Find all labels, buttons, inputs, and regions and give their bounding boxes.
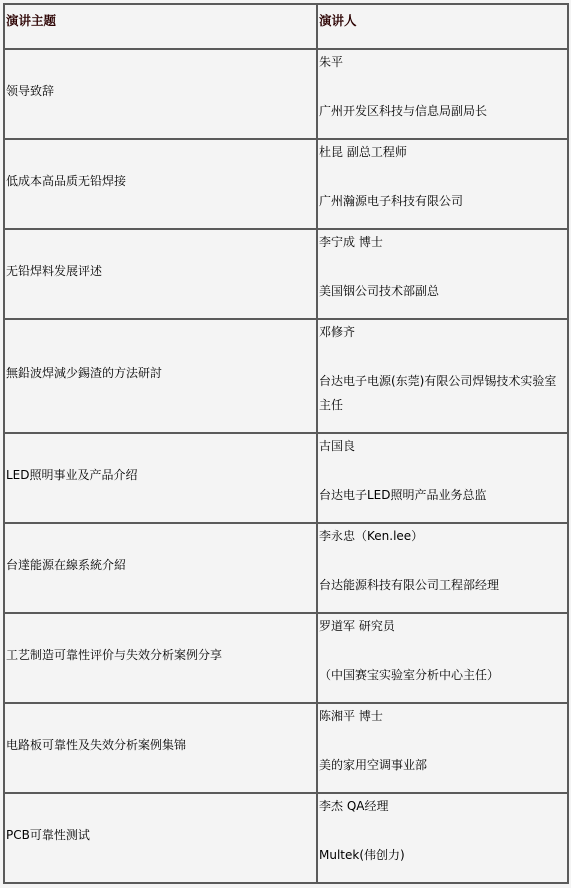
speaker-cell: 李永忠（Ken.lee）台达能源科技有限公司工程部经理 bbox=[317, 523, 568, 613]
speaker-org: 美国铟公司技术部副总 bbox=[319, 279, 566, 303]
topic-cell: 工艺制造可靠性评价与失效分析案例分享 bbox=[4, 613, 317, 703]
topic-text: 工艺制造可靠性评价与失效分析案例分享 bbox=[6, 646, 315, 663]
speaker-cell: 朱平广州开发区科技与信息局副局长 bbox=[317, 49, 568, 139]
topic-cell: 台達能源在線系統介紹 bbox=[4, 523, 317, 613]
topic-text: LED照明事业及产品介绍 bbox=[6, 466, 315, 483]
topic-text: 无铅焊料发展评述 bbox=[6, 262, 315, 279]
speaker-cell: 杜昆 副总工程师广州瀚源电子科技有限公司 bbox=[317, 139, 568, 229]
topic-cell: LED照明事业及产品介绍 bbox=[4, 433, 317, 523]
speaker-org: 广州开发区科技与信息局副局长 bbox=[319, 99, 566, 123]
speaker-org: （中国赛宝实验室分析中心主任） bbox=[319, 663, 566, 687]
agenda-table: 演讲主题 演讲人 领导致辞 朱平广州开发区科技与信息局副局长 低成本高品质无铅焊… bbox=[3, 3, 569, 884]
topic-text: PCB可靠性测试 bbox=[6, 826, 315, 843]
topic-text: 無鉛波焊減少錫渣的方法研討 bbox=[6, 364, 315, 381]
speaker-name: 李永忠（Ken.lee） bbox=[319, 529, 566, 543]
table-header-row: 演讲主题 演讲人 bbox=[4, 4, 568, 49]
topic-text: 低成本高品质无铅焊接 bbox=[6, 172, 315, 189]
table-row: LED照明事业及产品介绍 古国良台达电子LED照明产品业务总监 bbox=[4, 433, 568, 523]
topic-cell: PCB可靠性测试 bbox=[4, 793, 317, 883]
speaker-name: 李杰 QA经理 bbox=[319, 799, 566, 813]
speaker-org: 台达电子电源(东莞)有限公司焊锡技术实验室主任 bbox=[319, 369, 566, 417]
speaker-name: 古国良 bbox=[319, 439, 566, 453]
topic-cell: 领导致辞 bbox=[4, 49, 317, 139]
table-row: 無鉛波焊減少錫渣的方法研討 邓修齐台达电子电源(东莞)有限公司焊锡技术实验室主任 bbox=[4, 319, 568, 433]
header-topic-label: 演讲主题 bbox=[6, 13, 56, 28]
topic-cell: 無鉛波焊減少錫渣的方法研討 bbox=[4, 319, 317, 433]
table-row: 领导致辞 朱平广州开发区科技与信息局副局长 bbox=[4, 49, 568, 139]
speaker-name: 李宁成 博士 bbox=[319, 235, 566, 249]
speaker-org: 台达电子LED照明产品业务总监 bbox=[319, 483, 566, 507]
table-row: 工艺制造可靠性评价与失效分析案例分享 罗道军 研究员（中国赛宝实验室分析中心主任… bbox=[4, 613, 568, 703]
topic-cell: 电路板可靠性及失效分析案例集锦 bbox=[4, 703, 317, 793]
table-row: 电路板可靠性及失效分析案例集锦 陈湘平 博士美的家用空调事业部 bbox=[4, 703, 568, 793]
speaker-org: 美的家用空调事业部 bbox=[319, 753, 566, 777]
topic-cell: 无铅焊料发展评述 bbox=[4, 229, 317, 319]
speaker-cell: 陈湘平 博士美的家用空调事业部 bbox=[317, 703, 568, 793]
table-row: 低成本高品质无铅焊接 杜昆 副总工程师广州瀚源电子科技有限公司 bbox=[4, 139, 568, 229]
table-row: PCB可靠性测试 李杰 QA经理Multek(伟创力) bbox=[4, 793, 568, 883]
speaker-name: 罗道军 研究员 bbox=[319, 619, 566, 633]
header-topic: 演讲主题 bbox=[4, 4, 317, 49]
speaker-cell: 古国良台达电子LED照明产品业务总监 bbox=[317, 433, 568, 523]
speaker-name: 杜昆 副总工程师 bbox=[319, 145, 566, 159]
speaker-org: Multek(伟创力) bbox=[319, 843, 566, 867]
table-row: 无铅焊料发展评述 李宁成 博士美国铟公司技术部副总 bbox=[4, 229, 568, 319]
speaker-name: 陈湘平 博士 bbox=[319, 709, 566, 723]
table-row: 台達能源在線系統介紹 李永忠（Ken.lee）台达能源科技有限公司工程部经理 bbox=[4, 523, 568, 613]
topic-text: 领导致辞 bbox=[6, 82, 315, 99]
header-speaker-label: 演讲人 bbox=[319, 13, 357, 28]
topic-cell: 低成本高品质无铅焊接 bbox=[4, 139, 317, 229]
header-speaker: 演讲人 bbox=[317, 4, 568, 49]
speaker-cell: 罗道军 研究员（中国赛宝实验室分析中心主任） bbox=[317, 613, 568, 703]
speaker-name: 邓修齐 bbox=[319, 325, 566, 339]
speaker-org: 广州瀚源电子科技有限公司 bbox=[319, 189, 566, 213]
speaker-cell: 李杰 QA经理Multek(伟创力) bbox=[317, 793, 568, 883]
speaker-name: 朱平 bbox=[319, 55, 566, 69]
speaker-cell: 邓修齐台达电子电源(东莞)有限公司焊锡技术实验室主任 bbox=[317, 319, 568, 433]
topic-text: 电路板可靠性及失效分析案例集锦 bbox=[6, 736, 315, 753]
speaker-org: 台达能源科技有限公司工程部经理 bbox=[319, 573, 566, 597]
topic-text: 台達能源在線系統介紹 bbox=[6, 556, 315, 573]
speaker-cell: 李宁成 博士美国铟公司技术部副总 bbox=[317, 229, 568, 319]
